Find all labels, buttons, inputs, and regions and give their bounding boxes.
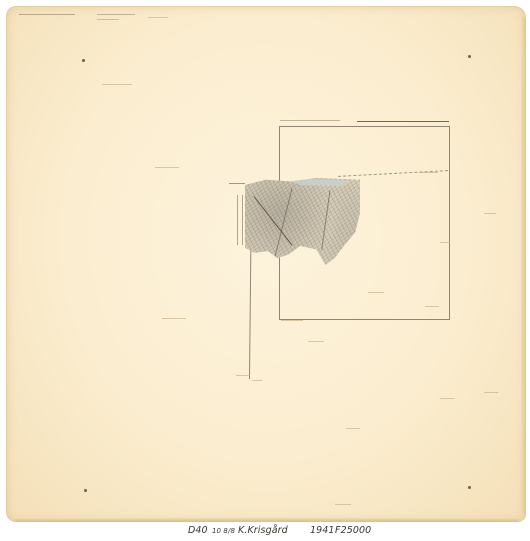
registration-mark (468, 486, 471, 489)
place-name-text (440, 398, 454, 399)
map-side-label (237, 195, 238, 245)
place-name-text (484, 392, 498, 393)
scale-caption (280, 120, 340, 121)
header-note-center (97, 14, 135, 18)
scale-bar (357, 121, 449, 122)
frame-corner-label (281, 320, 303, 321)
header-note-right (148, 17, 168, 21)
place-name-text (162, 318, 186, 319)
catalog-label: D40 10 8/8 K.Krisgård 1941 F25000 (180, 522, 380, 541)
frame-label (440, 242, 450, 243)
registration-mark (84, 489, 87, 492)
place-name-text (335, 504, 351, 505)
place-name-text (346, 428, 360, 429)
map-edge-label (229, 183, 245, 184)
frame-label (425, 306, 439, 307)
line-label (252, 380, 262, 381)
header-note-center-2 (97, 19, 119, 23)
frame-label (368, 292, 384, 293)
registration-mark (82, 59, 85, 62)
line-label (236, 375, 250, 376)
sheet-edge-right (521, 16, 526, 516)
place-name-text (484, 213, 496, 214)
label-date: 10 8/8 (212, 527, 235, 535)
map-side-label (242, 195, 243, 245)
map-scale: F25000 (335, 525, 371, 536)
registration-mark (468, 55, 471, 58)
sheet-code: D40 (188, 525, 208, 536)
place-name-text (155, 167, 179, 168)
place-name-text (102, 84, 132, 85)
year: 1941 (310, 525, 335, 536)
header-note-left (19, 14, 75, 18)
place-name-text (308, 341, 324, 342)
author-name: K.Krisgård (238, 525, 288, 536)
